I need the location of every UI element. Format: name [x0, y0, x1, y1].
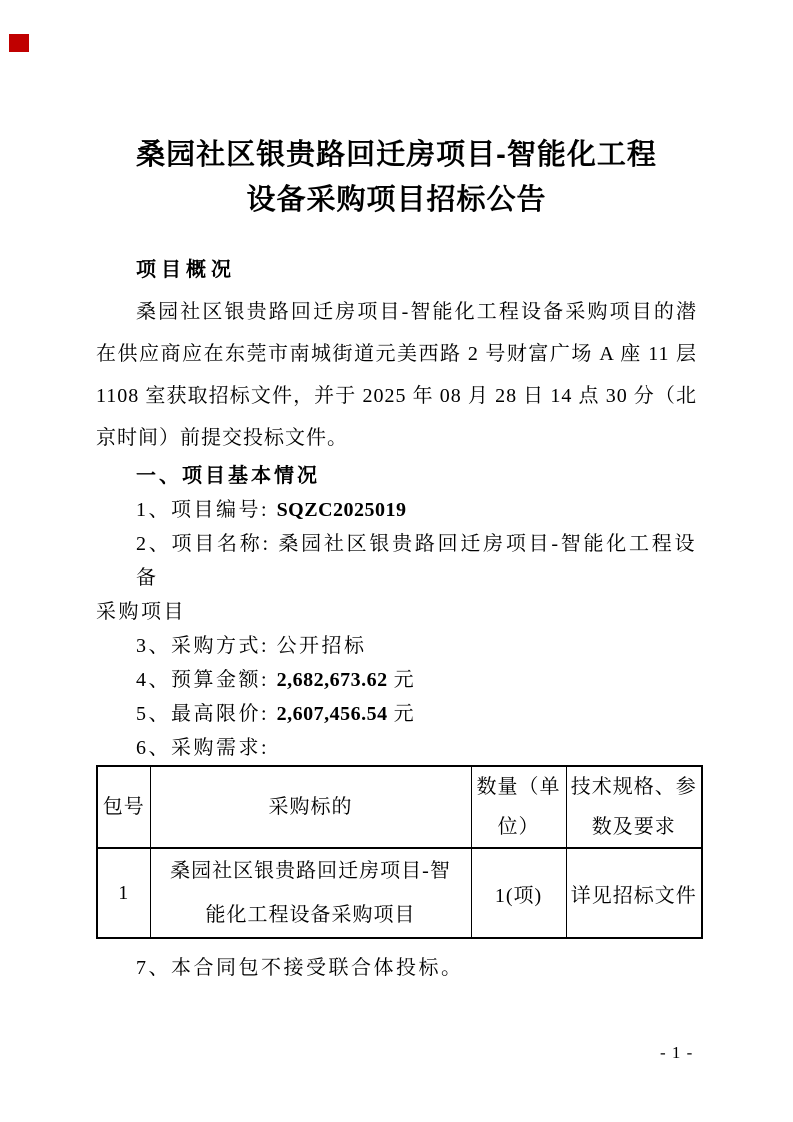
overview-line-4: 京时间）前提交投标文件。: [96, 417, 697, 459]
document-page: 桑园社区银贵路回迁房项目-智能化工程 设备采购项目招标公告 项目概况 桑园社区银…: [0, 0, 793, 1122]
item-no-consortium-bidding: 7、本合同包不接受联合体投标。: [96, 951, 697, 985]
item-budget-amount-label: 4、预算金额:: [136, 669, 277, 691]
red-stamp-marker: [9, 34, 29, 52]
section1-heading: 一、项目基本情况: [96, 459, 697, 493]
item-budget-amount-value: 2,682,673.62: [277, 669, 388, 691]
table-header-row: 包号 采购标的 数量（单位） 技术规格、参数及要求: [97, 766, 702, 848]
item-max-price-unit: 元: [388, 703, 415, 725]
item-max-price-label: 5、最高限价:: [136, 703, 277, 725]
item-procurement-method-label: 3、采购方式:: [136, 635, 277, 657]
table-cell-procurement-subject: 桑园社区银贵路回迁房项目-智能化工程设备采购项目: [150, 848, 471, 938]
table-row: 1 桑园社区银贵路回迁房项目-智能化工程设备采购项目 1(项) 详见招标文件: [97, 848, 702, 938]
table-header-tech-specs: 技术规格、参数及要求: [566, 766, 702, 848]
table-cell-quantity: 1(项): [471, 848, 566, 938]
table-header-package-number: 包号: [97, 766, 150, 848]
item-budget-amount-unit: 元: [388, 669, 415, 691]
item-project-name-line1: 2、项目名称: 桑园社区银贵路回迁房项目-智能化工程设备: [96, 527, 697, 595]
item-max-price: 5、最高限价: 2,607,456.54 元: [96, 697, 697, 731]
item-procurement-method-value: 公开招标: [277, 635, 367, 657]
procurement-requirements-table: 包号 采购标的 数量（单位） 技术规格、参数及要求 1 桑园社区银贵路回迁房项目…: [96, 765, 703, 939]
table-cell-package-number: 1: [97, 848, 150, 938]
item-procurement-requirements: 6、采购需求:: [96, 731, 697, 765]
item-project-number-value: SQZC2025019: [277, 499, 407, 521]
item-budget-amount: 4、预算金额: 2,682,673.62 元: [96, 663, 697, 697]
item-procurement-method: 3、采购方式: 公开招标: [96, 629, 697, 663]
table-cell-tech-specs: 详见招标文件: [566, 848, 702, 938]
basic-info-section: 一、项目基本情况 1、项目编号: SQZC2025019 2、项目名称: 桑园社…: [96, 459, 697, 765]
overview-paragraph: 桑园社区银贵路回迁房项目-智能化工程设备采购项目的潜 在供应商应在东莞市南城街道…: [96, 291, 697, 459]
page-number: - 1 -: [660, 1043, 693, 1063]
title-line-1: 桑园社区银贵路回迁房项目-智能化工程: [96, 133, 697, 178]
document-body: 桑园社区银贵路回迁房项目-智能化工程 设备采购项目招标公告 项目概况 桑园社区银…: [96, 133, 697, 985]
document-title: 桑园社区银贵路回迁房项目-智能化工程 设备采购项目招标公告: [96, 133, 697, 223]
overview-line-3: 1108 室获取招标文件，并于 2025 年 08 月 28 日 14 点 30…: [96, 375, 697, 417]
item-project-number-label: 1、项目编号:: [136, 499, 277, 521]
title-line-2: 设备采购项目招标公告: [96, 178, 697, 223]
item-project-number: 1、项目编号: SQZC2025019: [96, 493, 697, 527]
overview-line-1: 桑园社区银贵路回迁房项目-智能化工程设备采购项目的潜: [96, 291, 697, 333]
table-header-procurement-subject: 采购标的: [150, 766, 471, 848]
item-max-price-value: 2,607,456.54: [277, 703, 388, 725]
overview-line-2: 在供应商应在东莞市南城街道元美西路 2 号财富广场 A 座 11 层: [96, 333, 697, 375]
overview-heading: 项目概况: [96, 249, 697, 291]
table-header-quantity-unit: 数量（单位）: [471, 766, 566, 848]
item-project-name-line2: 采购项目: [96, 595, 697, 629]
